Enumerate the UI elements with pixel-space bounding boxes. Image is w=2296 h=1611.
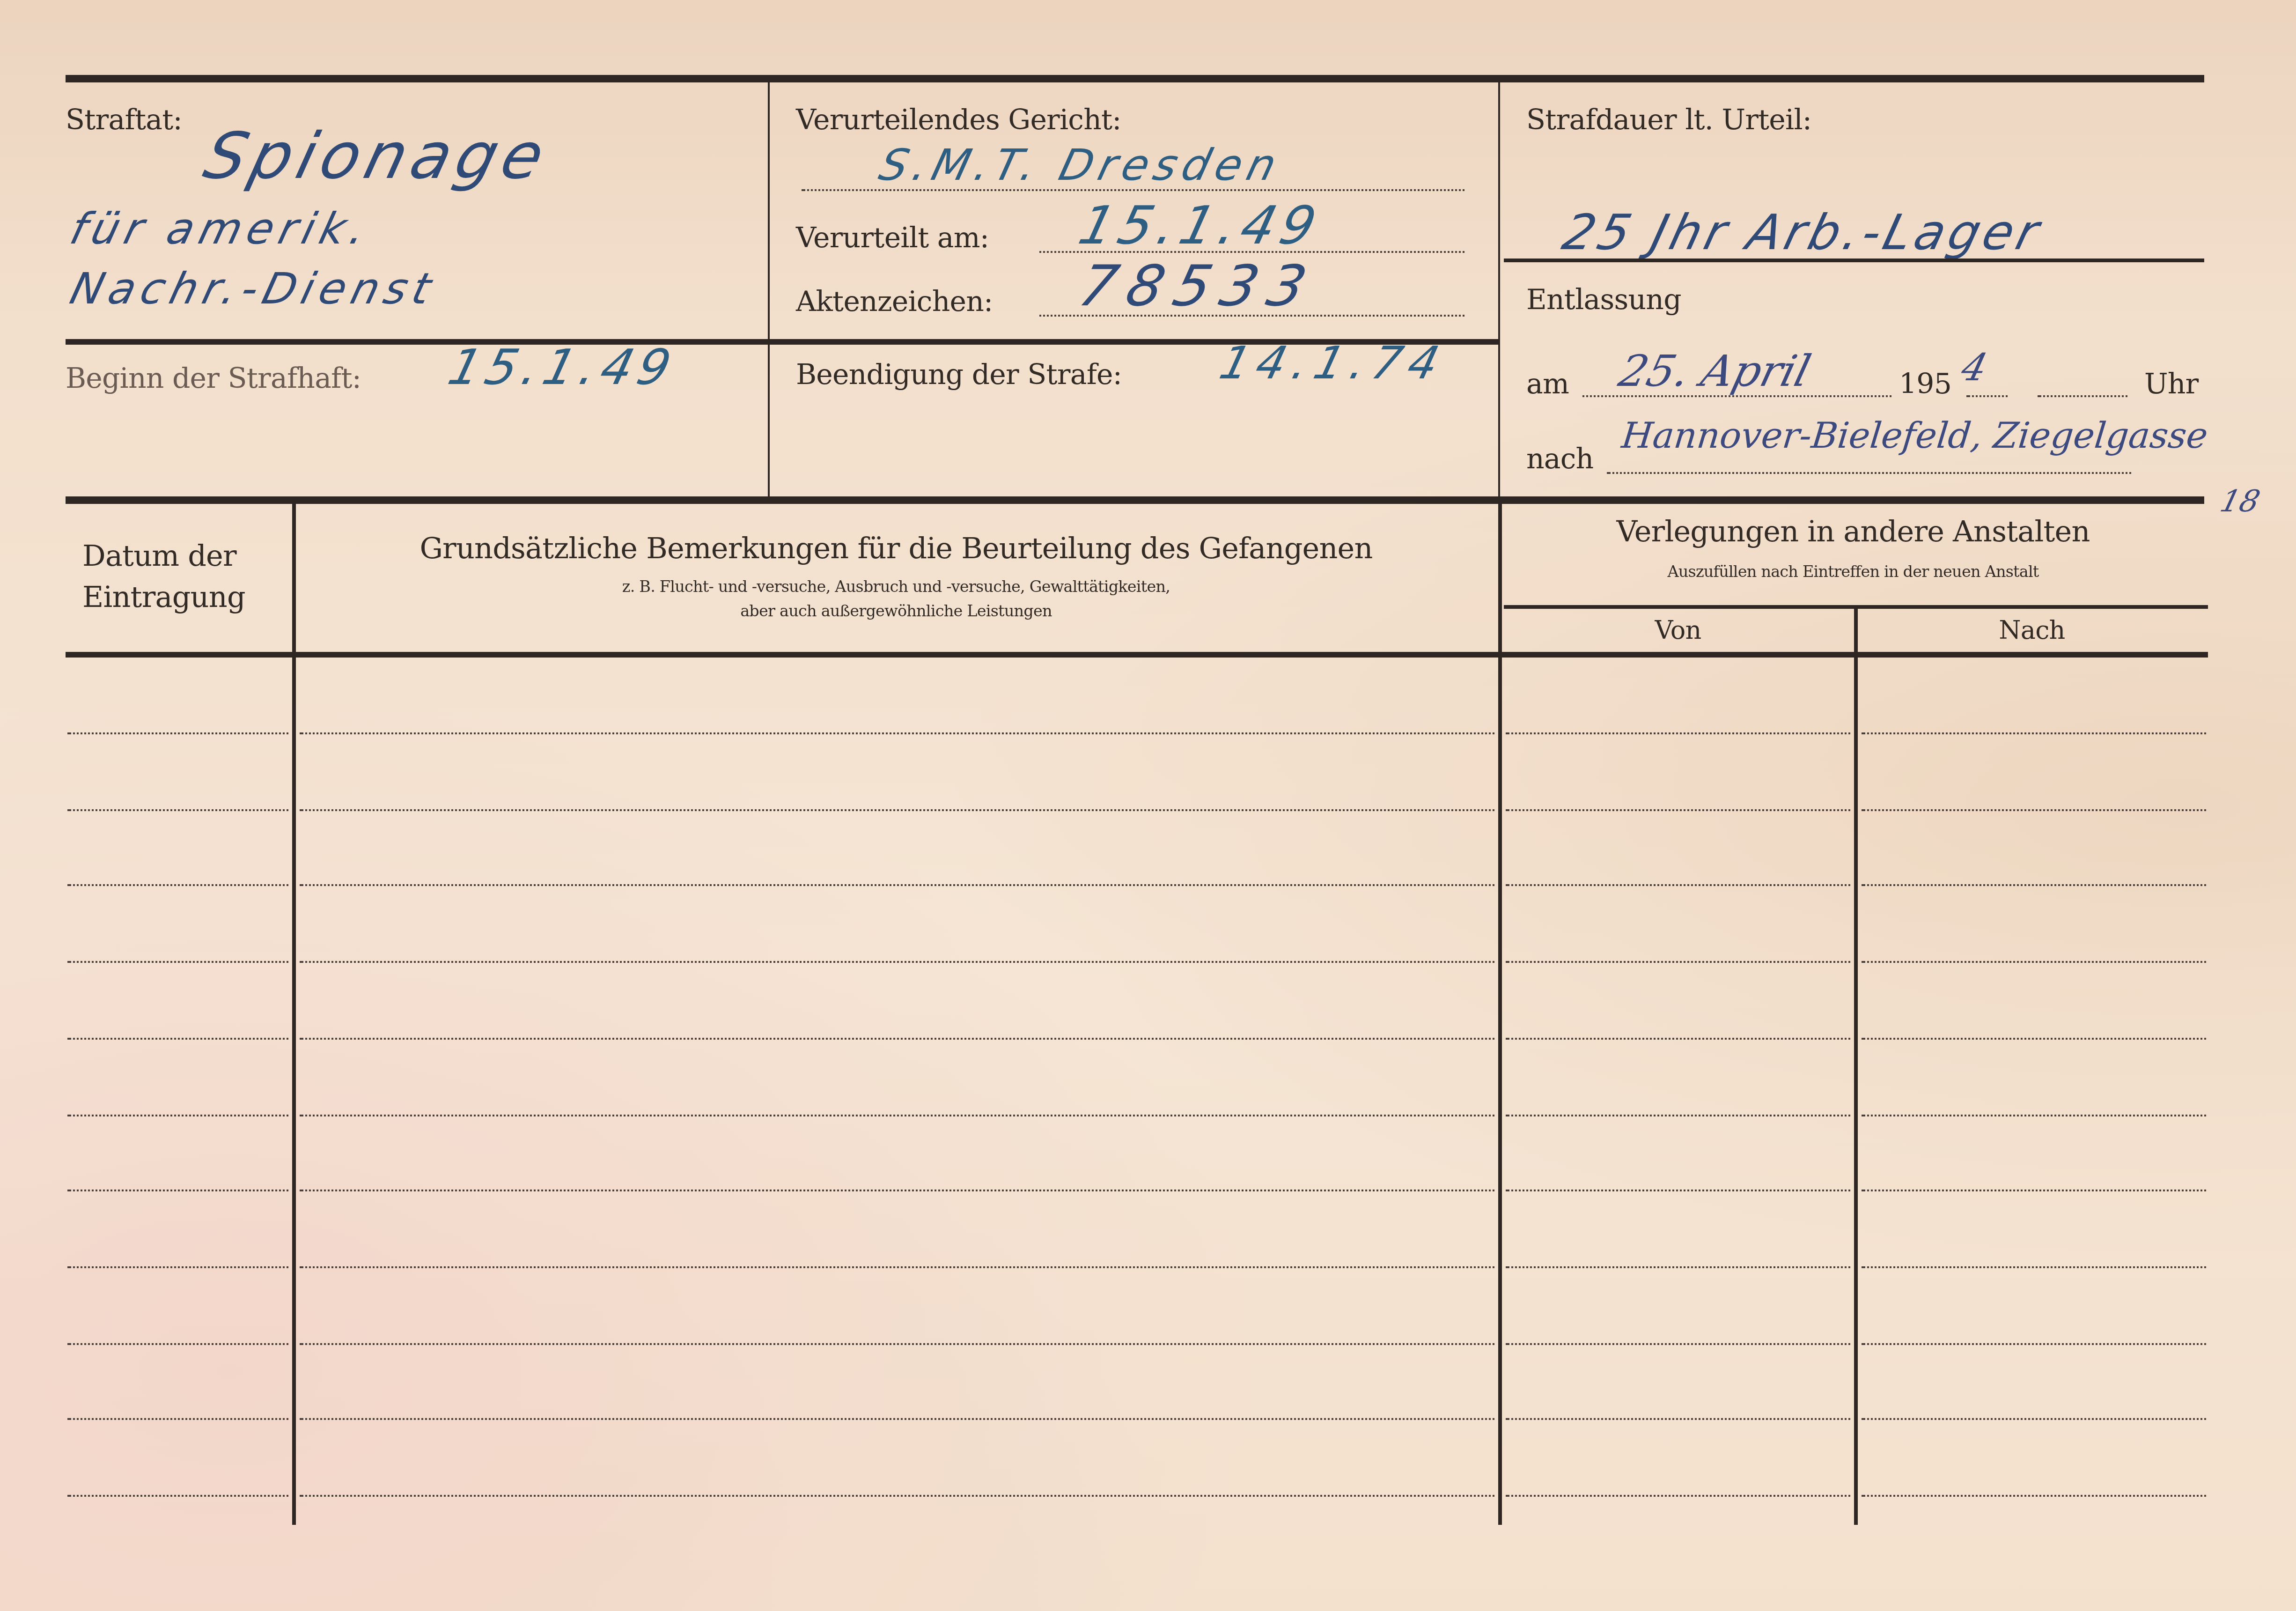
strafdauer-label: Strafdauer lt. Urteil: [1526,103,1811,137]
beendigung-value[interactable]: 14.1.74 [1214,337,1451,390]
verurteilt-value[interactable]: 15.1.49 [1073,195,1328,257]
row-von-cell[interactable] [1506,1266,1850,1268]
row-von-cell[interactable] [1506,885,1850,887]
entlassung-am-label: am [1526,367,1569,401]
straftat-value-line3[interactable]: Nachr.-Dienst [65,266,441,315]
rule-under-verlegungen [1504,605,2208,608]
entlassung-label: Entlassung [1526,283,1681,317]
aktenzeichen-label: Aktenzeichen: [796,285,993,318]
entlassung-nach-label: nach [1526,442,1594,476]
gericht-dotted-line [802,189,1464,191]
beginn-label: Beginn der Strafhaft: [66,362,361,395]
header-bemerkungen-sub2: aber auch außergewöhnliche Leistungen [294,601,1498,620]
beendigung-label: Beendigung der Strafe: [796,358,1122,392]
header-verlegungen-title: Verlegungen in andere Anstalten [1502,515,2204,549]
gericht-label: Verurteilendes Gericht: [796,103,1121,137]
header-datum-line2: Eintragung [82,581,245,614]
row-bemerkungen-cell[interactable] [300,809,1494,811]
row-bemerkungen-cell[interactable] [300,732,1494,734]
row-bemerkungen-cell[interactable] [300,1037,1494,1039]
row-datum-cell[interactable] [67,732,288,734]
row-von-cell[interactable] [1506,1419,1850,1420]
row-datum-cell[interactable] [67,809,288,811]
row-datum-cell[interactable] [67,1037,288,1039]
row-bemerkungen-cell[interactable] [300,1342,1494,1344]
row-bemerkungen-cell[interactable] [300,1266,1494,1268]
divider-col2 [1498,82,1500,502]
row-datum-cell[interactable] [67,1190,288,1192]
entlassung-am-value[interactable]: 25. April [1614,348,1815,397]
entlassung-time-dotted-line [2038,395,2127,397]
row-datum-cell[interactable] [67,1419,288,1420]
entlassung-uhr-label: Uhr [2144,367,2199,401]
row-nach-cell[interactable] [1862,961,2206,963]
row-datum-cell[interactable] [67,961,288,963]
top-border-rule [66,75,2204,82]
row-datum-cell[interactable] [67,1266,288,1268]
row-nach-cell[interactable] [1862,809,2206,811]
rule-end-top-section [66,496,2204,504]
entlassung-nach-value[interactable]: Hannover-Bielefeld, Ziegelgasse [1619,416,2209,457]
row-bemerkungen-cell[interactable] [300,1495,1494,1497]
row-von-cell[interactable] [1506,1495,1850,1497]
row-bemerkungen-cell[interactable] [300,885,1494,887]
entlassung-nach-dotted-line [1607,472,2131,474]
row-nach-cell[interactable] [1862,732,2206,734]
row-bemerkungen-cell[interactable] [300,961,1494,963]
row-nach-cell[interactable] [1862,885,2206,887]
header-bemerkungen-sub1: z. B. Flucht- und -versuche, Ausbruch un… [294,577,1498,596]
straftat-value-line1[interactable]: Spionage [197,120,557,195]
entlassung-year-dotted-line [1966,395,2008,397]
row-von-cell[interactable] [1506,809,1850,811]
rule-header-bottom [66,652,2208,657]
row-datum-cell[interactable] [67,1342,288,1344]
rule-under-strafdauer [1504,259,2204,262]
row-von-cell[interactable] [1506,961,1850,963]
gericht-value[interactable]: S.M.T. Dresden [874,142,1286,191]
straftat-value-line2[interactable]: für amerik. [65,206,376,255]
aktenzeichen-value[interactable]: 78533 [1073,255,1324,320]
prison-record-card: Straftat: Spionage für amerik. Nachr.-Di… [0,0,2296,1611]
entlassung-year-suffix[interactable]: 4 [1957,345,1992,390]
row-von-cell[interactable] [1506,1342,1850,1344]
header-von: Von [1502,616,1854,646]
row-nach-cell[interactable] [1862,1037,2206,1039]
divider-col1 [768,82,770,502]
row-datum-cell[interactable] [67,885,288,887]
entlassung-nach-extra[interactable]: 18 [2217,483,2264,519]
straftat-label: Straftat: [66,103,182,137]
divider-datum [292,504,295,1525]
row-nach-cell[interactable] [1862,1190,2206,1192]
row-datum-cell[interactable] [67,1495,288,1497]
row-bemerkungen-cell[interactable] [300,1114,1494,1116]
row-datum-cell[interactable] [67,1114,288,1116]
header-bemerkungen-title: Grundsätzliche Bemerkungen für die Beurt… [294,532,1498,566]
entlassung-year-prefix: 195 [1899,367,1951,401]
beginn-value[interactable]: 15.1.49 [442,341,682,397]
row-von-cell[interactable] [1506,1190,1850,1192]
divider-von-nach [1854,609,1857,1525]
row-bemerkungen-cell[interactable] [300,1419,1494,1420]
row-nach-cell[interactable] [1862,1342,2206,1344]
header-verlegungen-sub: Auszufüllen nach Eintreffen in der neuen… [1502,562,2204,581]
row-nach-cell[interactable] [1862,1114,2206,1116]
strafdauer-value[interactable]: 25 Jhr Arb.-Lager [1557,206,2048,262]
row-nach-cell[interactable] [1862,1495,2206,1497]
row-von-cell[interactable] [1506,1037,1850,1039]
row-nach-cell[interactable] [1862,1266,2206,1268]
row-nach-cell[interactable] [1862,1419,2206,1420]
verurteilt-label: Verurteilt am: [796,221,989,255]
row-von-cell[interactable] [1506,1114,1850,1116]
header-datum-line1: Datum der [82,539,236,573]
row-von-cell[interactable] [1506,732,1850,734]
divider-bemerkungen [1498,504,1501,1525]
header-nach: Nach [1856,616,2208,646]
row-bemerkungen-cell[interactable] [300,1190,1494,1192]
